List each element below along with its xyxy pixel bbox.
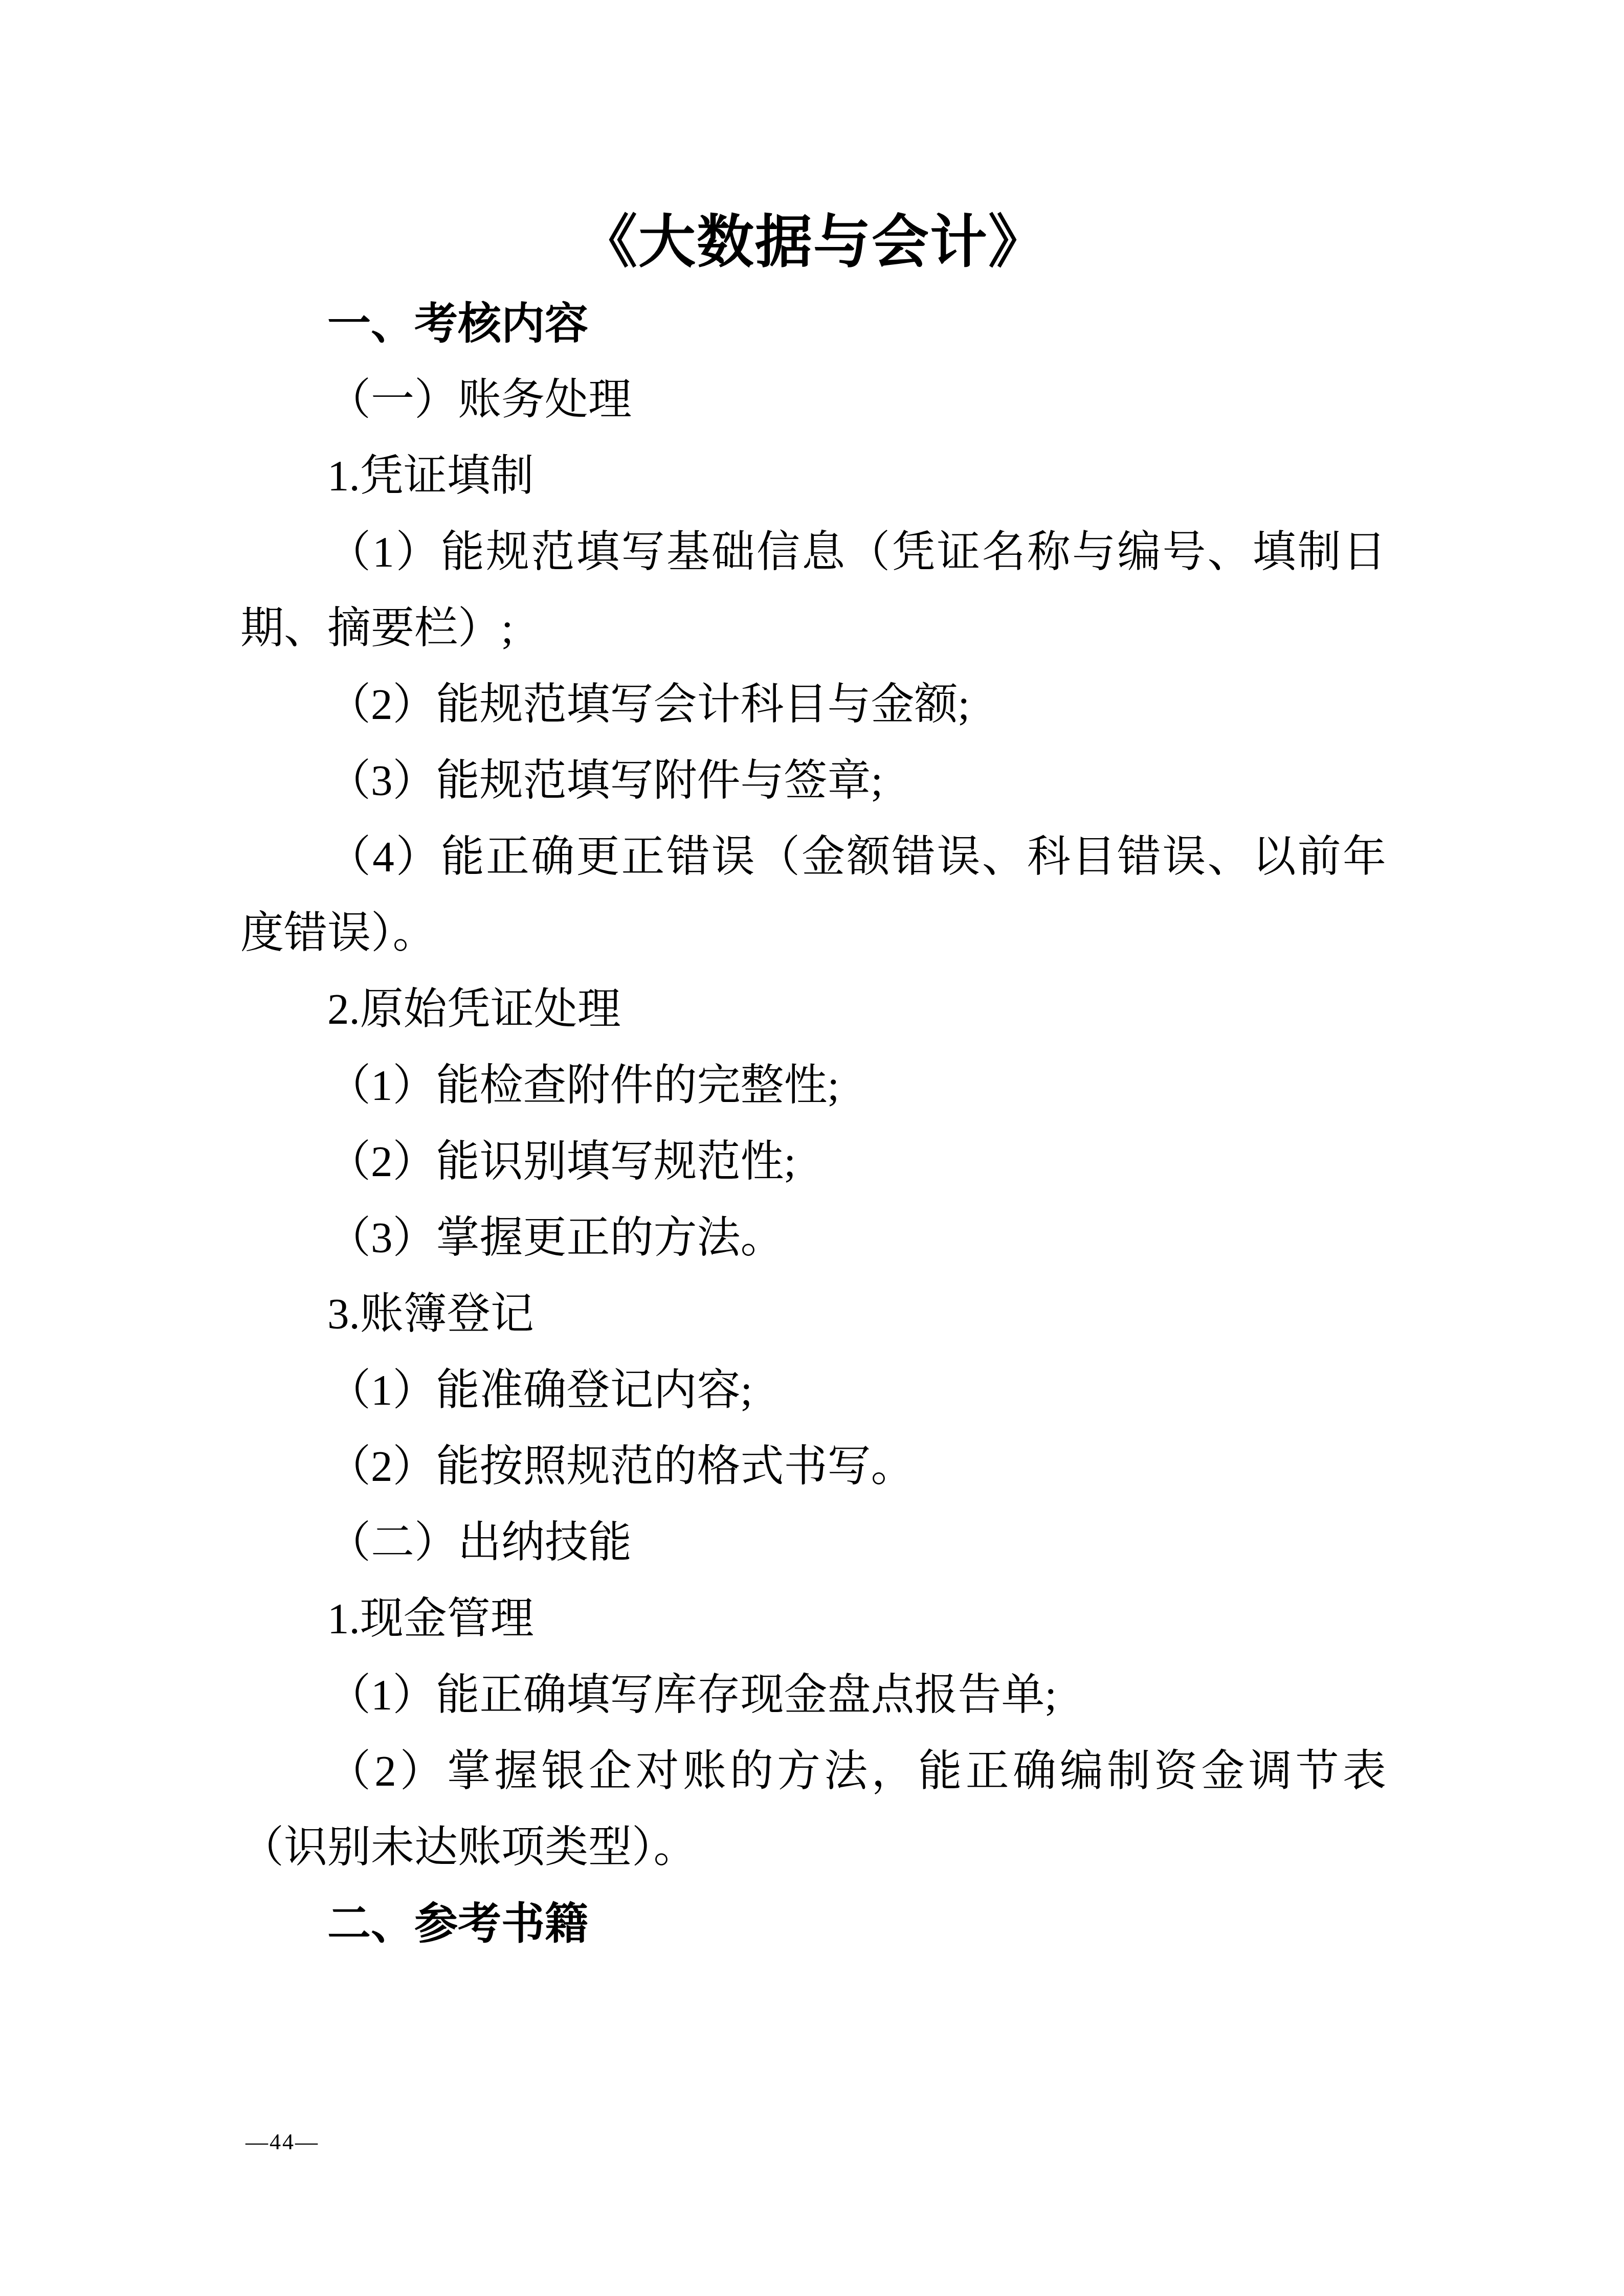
- document-content: 《大数据与会计》 一、考核内容 （一）账务处理 1.凭证填制 （1）能规范填写基…: [240, 200, 1386, 1962]
- document-title: 《大数据与会计》: [240, 200, 1386, 286]
- list-item: （1）能准确登记内容;: [240, 1353, 1386, 1429]
- list-item: （4）能正确更正错误（金额错误、科目错误、以前年度错误）。: [240, 819, 1386, 972]
- list-item: （1）能检查附件的完整性;: [240, 1048, 1386, 1124]
- list-item: （1）能规范填写基础信息（凭证名称与编号、填制日期、摘要栏）;: [240, 514, 1386, 667]
- list-item: （2）能按照规范的格式书写。: [240, 1429, 1386, 1505]
- list-item: （3）掌握更正的方法。: [240, 1200, 1386, 1276]
- list-heading-voucher-preparation: 1.凭证填制: [240, 438, 1386, 514]
- list-item: （2）掌握银企对账的方法，能正确编制资金调节表（识别未达账项类型）。: [240, 1734, 1386, 1886]
- list-heading-original-voucher: 2.原始凭证处理: [240, 972, 1386, 1048]
- section-heading-reference-books: 二、参考书籍: [240, 1886, 1386, 1962]
- section-heading-assessment-content: 一、考核内容: [240, 286, 1386, 362]
- document-page: 《大数据与会计》 一、考核内容 （一）账务处理 1.凭证填制 （1）能规范填写基…: [0, 0, 1624, 2296]
- list-item: （3）能规范填写附件与签章;: [240, 743, 1386, 819]
- list-item: （2）能规范填写会计科目与金额;: [240, 667, 1386, 743]
- subsection-heading-accounting: （一）账务处理: [240, 362, 1386, 438]
- page-number: —44—: [246, 2129, 319, 2155]
- subsection-heading-cashier-skills: （二）出纳技能: [240, 1505, 1386, 1581]
- list-heading-ledger-registration: 3.账簿登记: [240, 1276, 1386, 1353]
- list-heading-cash-management: 1.现金管理: [240, 1581, 1386, 1657]
- list-item: （2）能识别填写规范性;: [240, 1124, 1386, 1200]
- list-item: （1）能正确填写库存现金盘点报告单;: [240, 1657, 1386, 1734]
